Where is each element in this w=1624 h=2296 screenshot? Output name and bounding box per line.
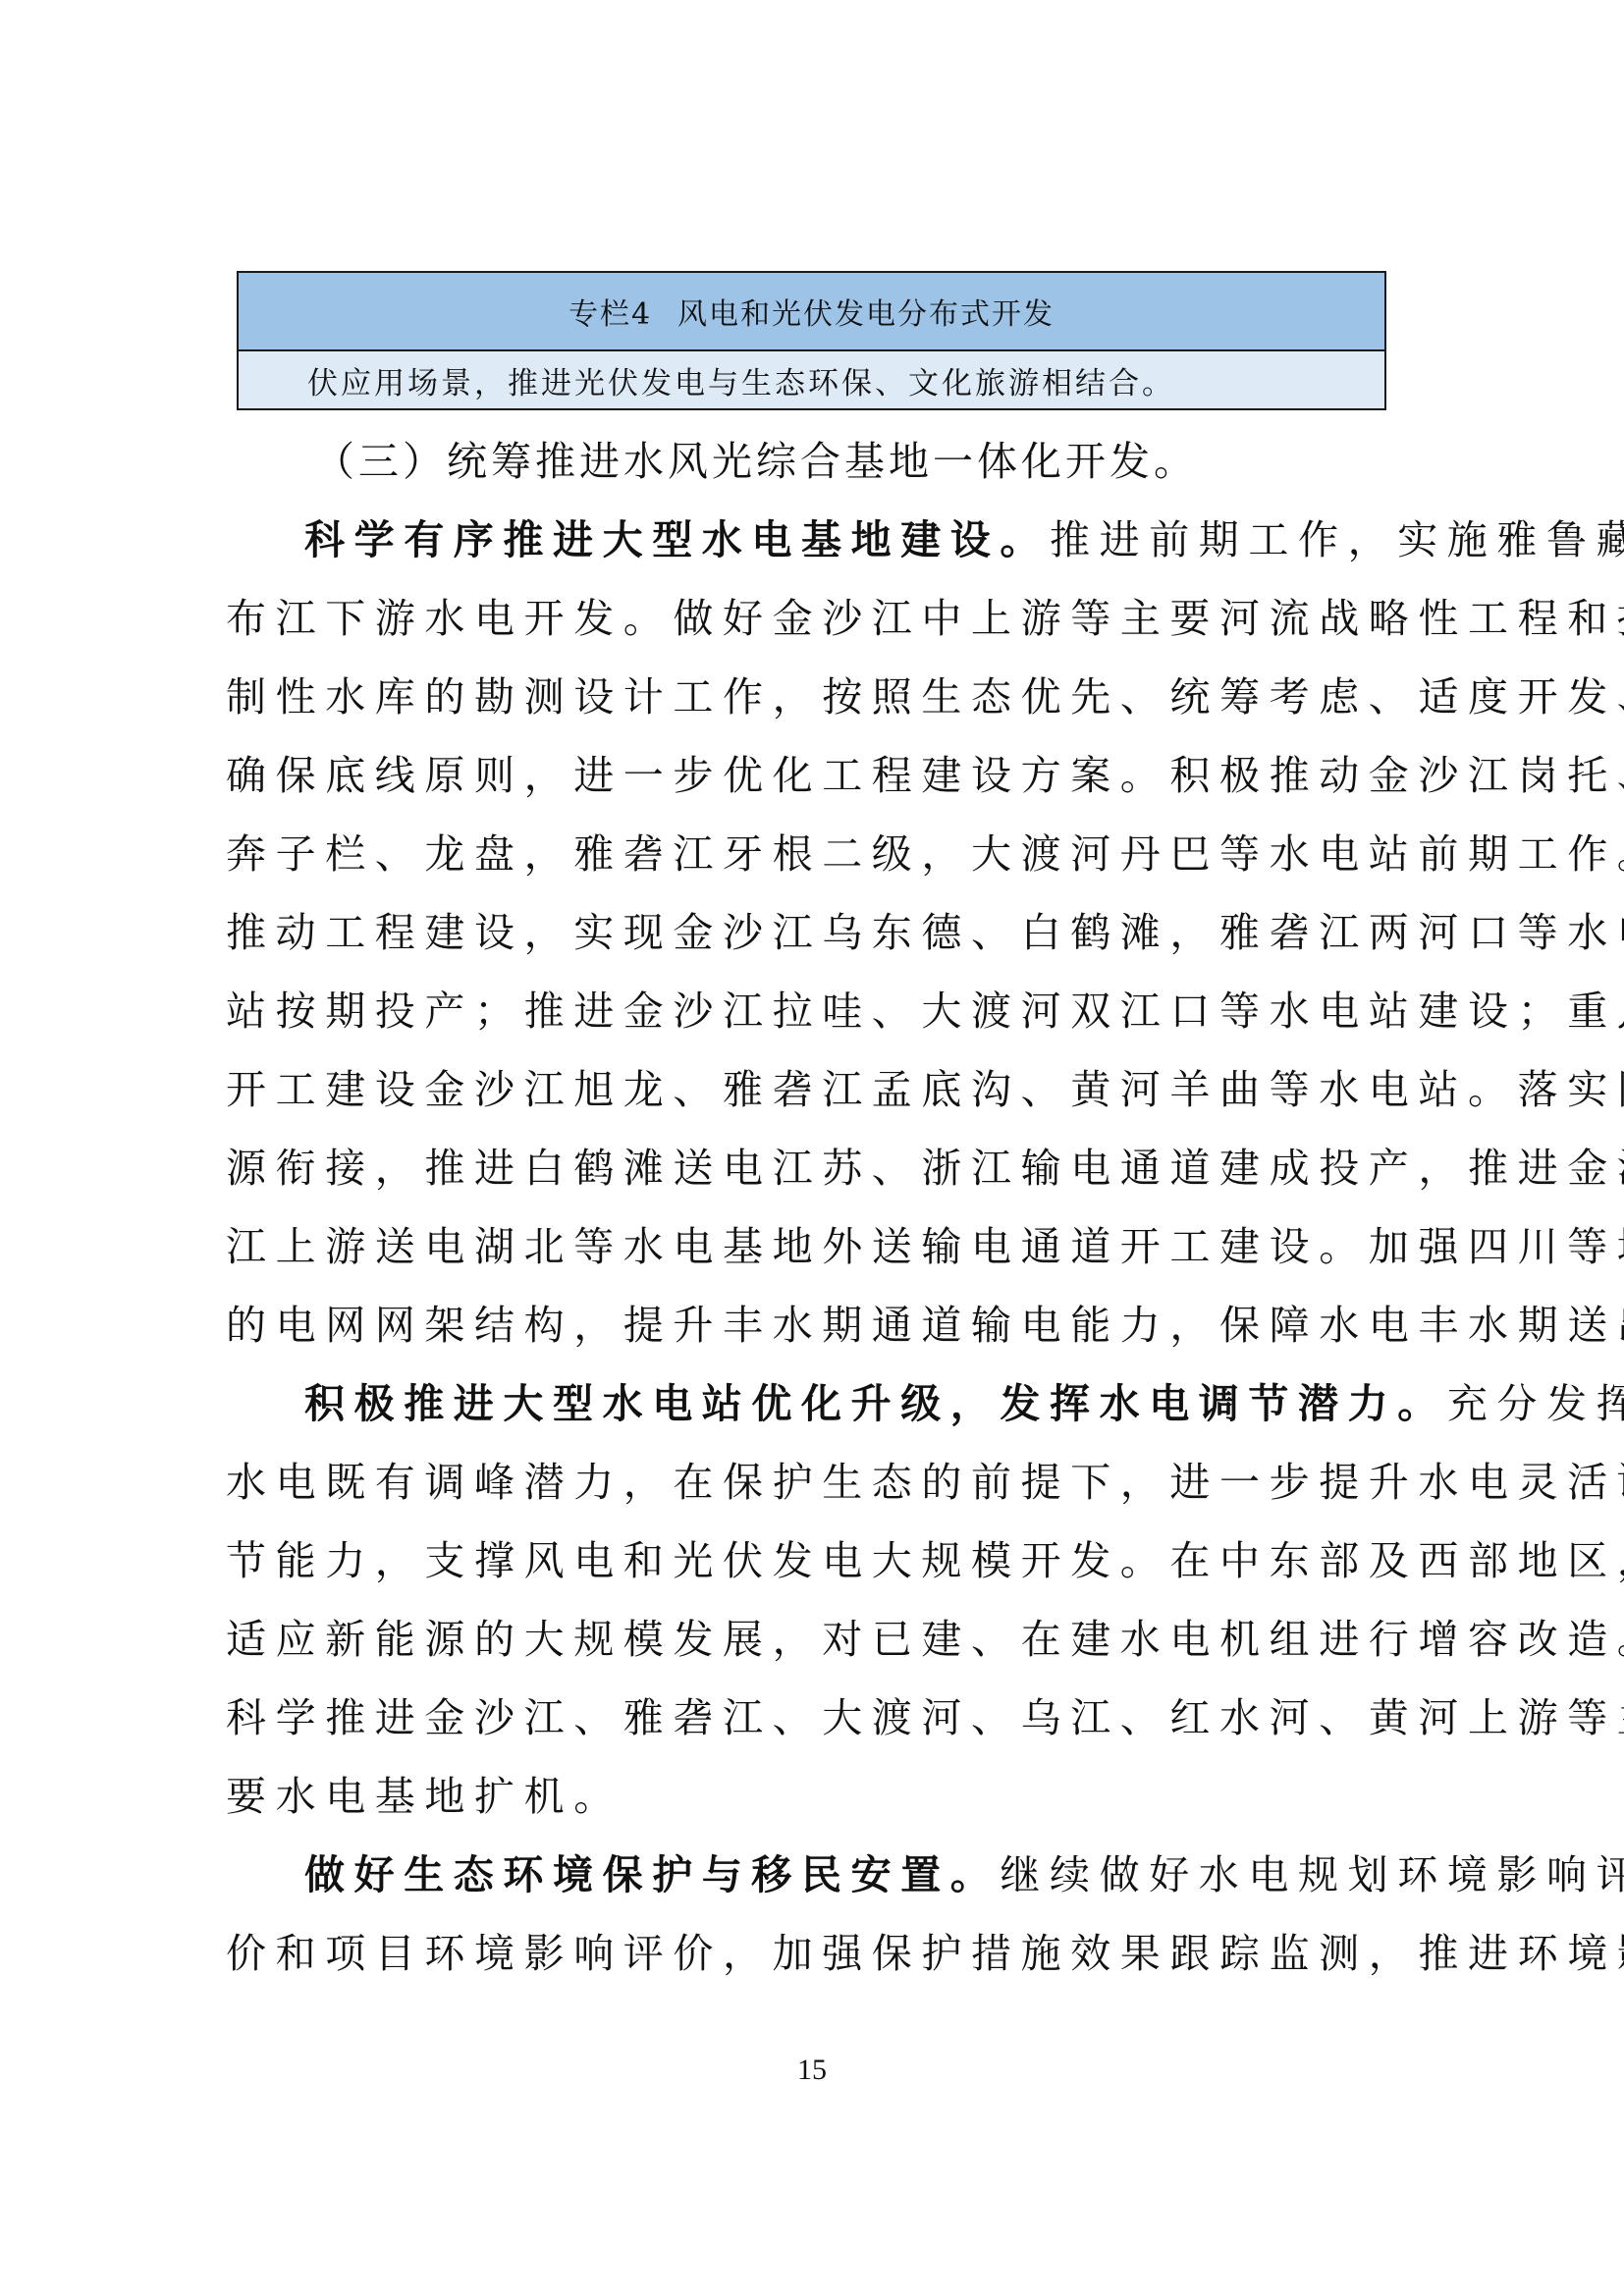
- body-content: （三）统筹推进水风光综合基地一体化开发。 科学有序推进大型水电基地建设。推进前期…: [226, 422, 1414, 1993]
- paragraph-line: 制性水库的勘测设计工作，按照生态优先、统筹考虑、适度开发、: [226, 658, 1414, 736]
- paragraph-line: 适应新能源的大规模发展，对已建、在建水电机组进行增容改造。: [226, 1600, 1414, 1679]
- paragraph-line: 积极推进大型水电站优化升级，发挥水电调节潜力。充分发挥: [226, 1364, 1414, 1443]
- paragraph-line: 科学推进金沙江、雅砻江、大渡河、乌江、红水河、黄河上游等主: [226, 1679, 1414, 1757]
- paragraph-line: 做好生态环境保护与移民安置。继续做好水电规划环境影响评: [226, 1836, 1414, 1914]
- paragraph-line: 布江下游水电开发。做好金沙江中上游等主要河流战略性工程和控: [226, 579, 1414, 658]
- paragraph-line: 江上游送电湖北等水电基地外送输电通道开工建设。加强四川等地: [226, 1207, 1414, 1286]
- column-box-header: 专栏4 风电和光伏发电分布式开发: [239, 273, 1384, 351]
- paragraph-line: 价和项目环境影响评价，加强保护措施效果跟踪监测，推进环境影: [226, 1914, 1414, 1993]
- paragraph-text: 继续做好水电规划环境影响评: [1000, 1851, 1624, 1898]
- column-box-number: 专栏4: [568, 290, 652, 333]
- paragraph-hydropower-bases: 科学有序推进大型水电基地建设。推进前期工作，实施雅鲁藏 布江下游水电开发。做好金…: [226, 501, 1414, 1364]
- paragraph-text: 推进前期工作，实施雅鲁藏: [1050, 516, 1624, 563]
- paragraph-text: 充分发挥: [1447, 1380, 1624, 1427]
- column-box-title: 风电和光伏发电分布式开发: [677, 290, 1055, 333]
- document-page: 专栏4 风电和光伏发电分布式开发 伏应用场景，推进光伏发电与生态环保、文化旅游相…: [0, 0, 1624, 2296]
- paragraph-hydropower-upgrade: 积极推进大型水电站优化升级，发挥水电调节潜力。充分发挥 水电既有调峰潜力，在保护…: [226, 1364, 1414, 1836]
- paragraph-lead-heading: 做好生态环境保护与移民安置。: [304, 1851, 1000, 1898]
- paragraph-line: 奔子栏、龙盘，雅砻江牙根二级，大渡河丹巴等水电站前期工作。: [226, 815, 1414, 893]
- paragraph-line: 的电网网架结构，提升丰水期通道输电能力，保障水电丰水期送出。: [226, 1286, 1414, 1364]
- page-number: 15: [0, 2054, 1624, 2087]
- paragraph-line: 要水电基地扩机。: [226, 1757, 1414, 1836]
- section-heading: （三）统筹推进水风光综合基地一体化开发。: [226, 422, 1414, 501]
- paragraph-line: 站按期投产；推进金沙江拉哇、大渡河双江口等水电站建设；重点: [226, 972, 1414, 1050]
- paragraph-line: 确保底线原则，进一步优化工程建设方案。积极推动金沙江岗托、: [226, 736, 1414, 815]
- column-box-body-text: 伏应用场景，推进光伏发电与生态环保、文化旅游相结合。: [307, 358, 1175, 402]
- paragraph-line: 科学有序推进大型水电基地建设。推进前期工作，实施雅鲁藏: [226, 501, 1414, 579]
- paragraph-line: 开工建设金沙江旭龙、雅砻江孟底沟、黄河羊曲等水电站。落实网: [226, 1050, 1414, 1129]
- paragraph-line: 节能力，支撑风电和光伏发电大规模开发。在中东部及西部地区，: [226, 1522, 1414, 1600]
- paragraph-line: 源衔接，推进白鹤滩送电江苏、浙江输电通道建成投产，推进金沙: [226, 1129, 1414, 1207]
- paragraph-lead-heading: 积极推进大型水电站优化升级，发挥水电调节潜力。: [304, 1380, 1447, 1427]
- paragraph-line: 水电既有调峰潜力，在保护生态的前提下，进一步提升水电灵活调: [226, 1443, 1414, 1522]
- feature-column-box: 专栏4 风电和光伏发电分布式开发 伏应用场景，推进光伏发电与生态环保、文化旅游相…: [237, 271, 1386, 410]
- paragraph-lead-heading: 科学有序推进大型水电基地建设。: [304, 516, 1050, 563]
- paragraph-ecology-resettlement: 做好生态环境保护与移民安置。继续做好水电规划环境影响评 价和项目环境影响评价，加…: [226, 1836, 1414, 1993]
- column-box-body: 伏应用场景，推进光伏发电与生态环保、文化旅游相结合。: [239, 351, 1384, 408]
- paragraph-line: 推动工程建设，实现金沙江乌东德、白鹤滩，雅砻江两河口等水电: [226, 893, 1414, 972]
